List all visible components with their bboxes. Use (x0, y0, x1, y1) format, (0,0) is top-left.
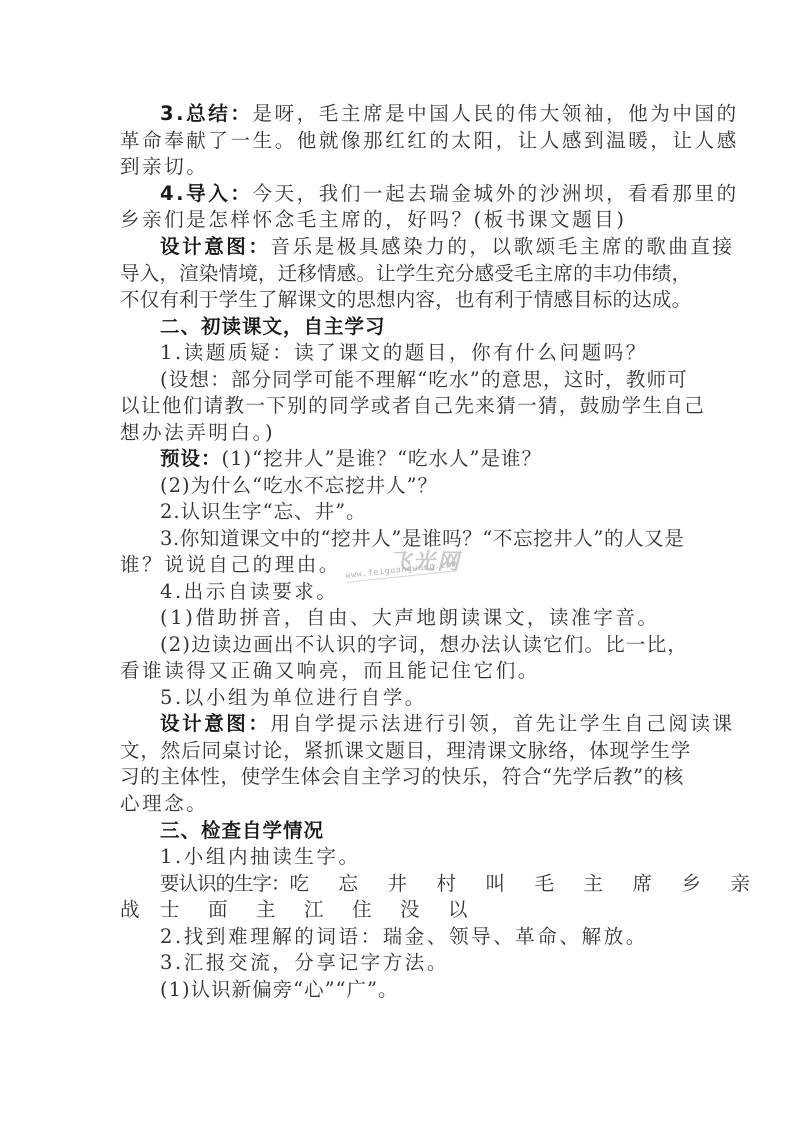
char-list-line-2: 战士面主江住没以 (120, 896, 676, 923)
intro-label: 4.导入： (160, 182, 252, 205)
group-read-line: 1.小组内抽读生字。 (160, 843, 676, 870)
radical-line: (1)认识新偏旁“心”“广”。 (160, 976, 676, 1003)
section-heading-3: 三、检查自学情况 (160, 817, 676, 844)
group-study-line: 5.以小组为单位进行自学。 (160, 684, 676, 711)
design-intent-1-line-3: 不仅有利于学生了解课文的思想内容，也有利于情感目标的达成。 (120, 286, 676, 313)
design-intent-1-line-2: 导入，渲染情境，迁移情感。让学生充分感受毛主席的丰功伟绩， (120, 260, 676, 287)
assumption-line-1: (设想：部分同学可能不理解“吃水”的意思，这时，教师可 (160, 366, 676, 393)
read-question-line: 1.读题质疑：读了课文的题目，你有什么问题吗？ (160, 339, 676, 366)
design-intent-label: 设计意图： (160, 235, 271, 258)
intro-line-2: 乡亲们是怎样怀念毛主席的，好吗？(板书课文题目) (120, 206, 676, 233)
design-intent-2-line-2: 文，然后同桌讨论，紧抓课文题目，理清课文脉络，体现学生学 (120, 737, 676, 764)
new-chars-line: 2.认识生字“忘、井”。 (160, 498, 676, 525)
summary-line-1: 3.总结：是呀，毛主席是中国人民的伟大领袖，他为中国的 (160, 100, 676, 127)
assumption-line-3: 想办法弄明白。) (120, 419, 676, 446)
section-heading-2: 二、初读课文，自主学习 (160, 313, 676, 340)
summary-line-2: 革命奉献了一生。他就像那红红的太阳，让人感到温暖，让人感 (120, 127, 676, 154)
preset-label: 预设： (160, 447, 222, 470)
hard-words-line: 2.找到难理解的词语：瑞金、领导、革命、解放。 (160, 923, 676, 950)
summary-line-3: 到亲切。 (120, 153, 676, 180)
summary-label: 3.总结： (160, 102, 252, 125)
design-intent-1-line-1: 设计意图：音乐是极具感染力的，以歌颂毛主席的歌曲直接 (160, 233, 676, 260)
design-intent-2-line-3: 习的主体性，使学生体会自主学习的快乐，符合“先学后教”的核 (120, 763, 676, 790)
assumption-line-2: 以让他们请教一下别的同学或者自己先来猜一猜，鼓励学生自己 (120, 392, 676, 419)
design-intent-label-2: 设计意图： (160, 712, 271, 735)
well-digger-line-1: 3.你知道课文中的“挖井人”是谁吗？“不忘挖井人”的人又是 (160, 525, 676, 552)
req-2-line-2: 看谁读得又正确又响亮，而且能记住它们。 (120, 657, 676, 684)
well-digger-line-2: 谁？说说自己的理由。 (120, 551, 676, 578)
char-list-prefix: 要认识的生字： (160, 872, 290, 895)
char-list-line-1: 要认识的生字：吃忘井村叫毛主席乡亲 (160, 870, 676, 897)
intro-line-1: 4.导入：今天，我们一起去瑞金城外的沙洲坝，看看那里的 (160, 180, 676, 207)
document-page: 3.总结：是呀，毛主席是中国人民的伟大领袖，他为中国的 革命奉献了一生。他就像那… (0, 0, 793, 1122)
req-1-line: (1)借助拼音，自由、大声地朗读课文，读准字音。 (160, 604, 676, 631)
design-intent-2-line-1: 设计意图：用自学提示法进行引领，首先让学生自己阅读课 (160, 710, 676, 737)
preset-line-2: (2)为什么“吃水不忘挖井人”？ (160, 472, 676, 499)
req-2-line-1: (2)边读边画出不认识的字词，想办法认读它们。比一比， (160, 631, 676, 658)
preset-line-1: 预设：(1)“挖井人”是谁？“吃水人”是谁？ (160, 445, 676, 472)
share-method-line: 3.汇报交流，分享记字方法。 (160, 949, 676, 976)
self-read-req-line: 4.出示自读要求。 (160, 578, 676, 605)
design-intent-2-line-4: 心理念。 (120, 790, 676, 817)
